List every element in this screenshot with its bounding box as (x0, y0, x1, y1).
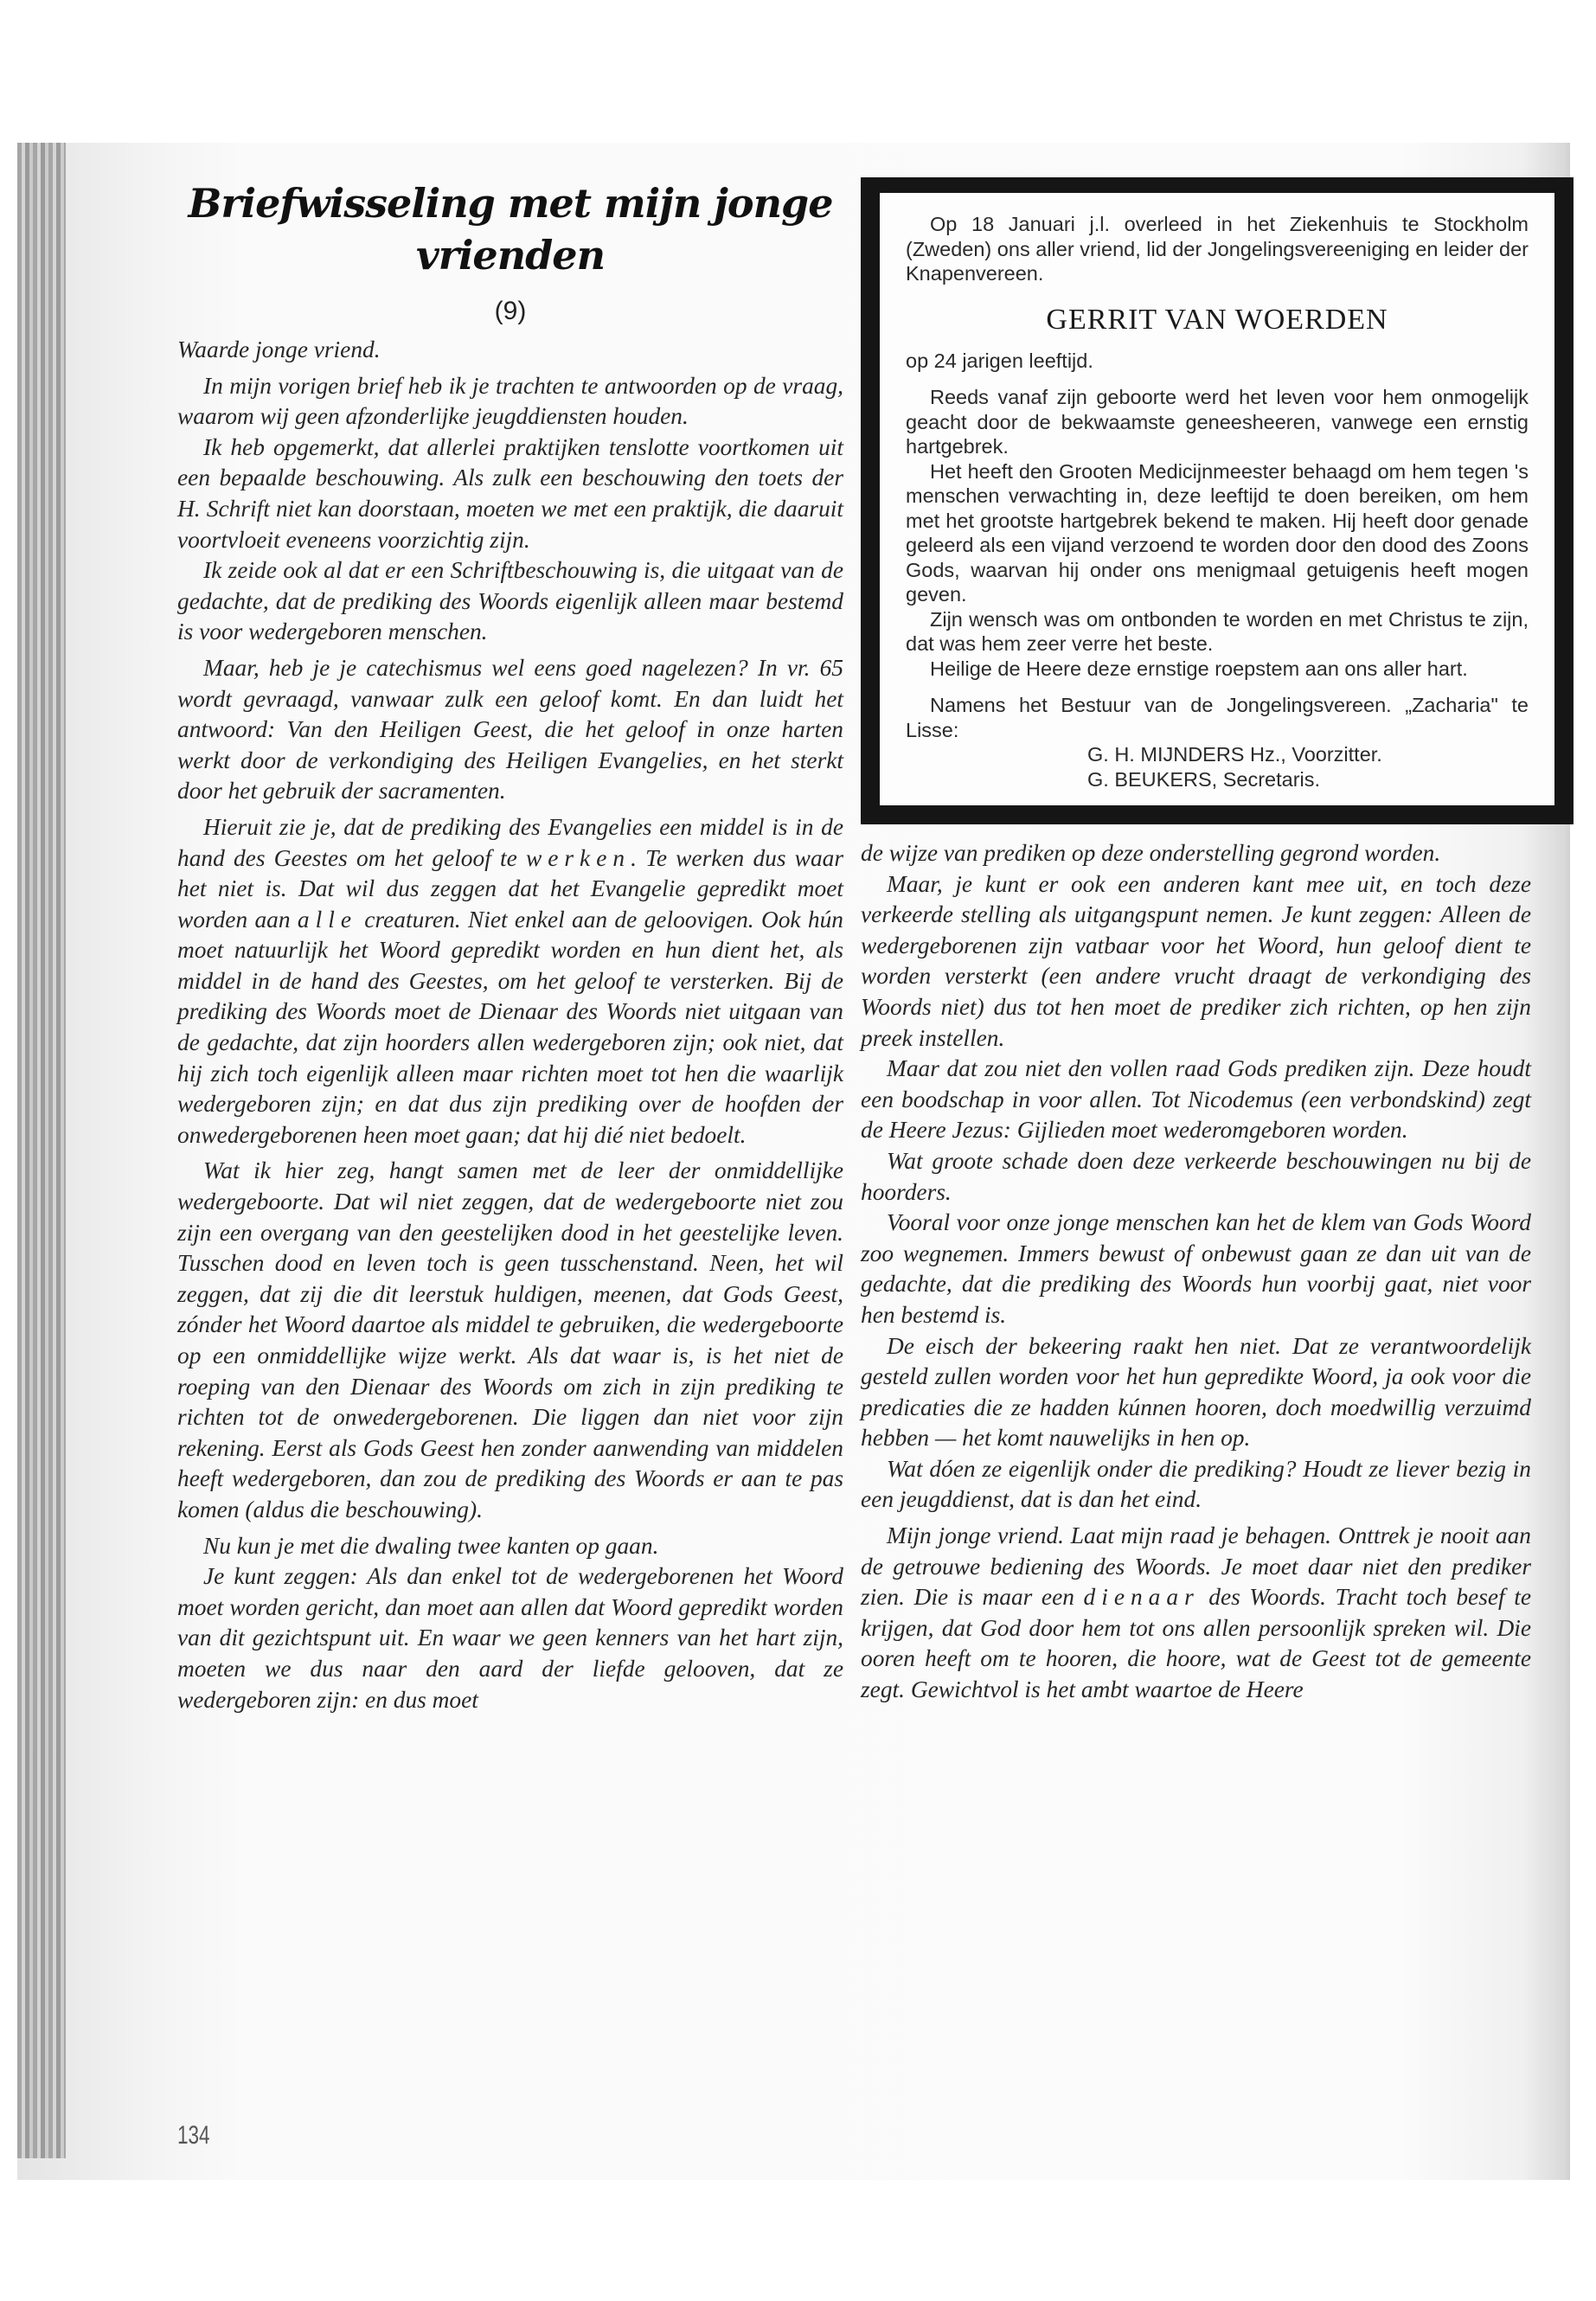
paragraph: De eisch der bekeering raakt hen niet. D… (861, 1331, 1531, 1454)
salutation: Waarde jonge vriend. (177, 335, 843, 366)
page-number: 134 (177, 2121, 210, 2150)
obituary-paragraph: Het heeft den Grooten Medicijnmeester be… (906, 459, 1529, 607)
paragraph: de wijze van prediken op deze onderstell… (861, 838, 1531, 869)
article-title: Briefwisseling met mijn jonge vrienden (177, 177, 843, 281)
paragraph: Ik zeide ook al dat er een Schriftbescho… (177, 555, 843, 648)
paragraph: Hieruit zie je, dat de prediking des Eva… (177, 812, 843, 1151)
article-continuation: de wijze van prediken op deze onderstell… (861, 838, 1531, 1706)
paragraph: Wat groote schade doen deze verkeerde be… (861, 1146, 1531, 1208)
paragraph: In mijn vorigen brief heb ik je trachten… (177, 371, 843, 433)
signatory: G. H. MIJNDERS Hz., Voorzitter. (906, 742, 1529, 767)
paragraph: Wat ik hier zeg, hangt samen met de leer… (177, 1156, 843, 1525)
signatory: G. BEUKERS, Secretaris. (906, 767, 1529, 792)
obituary-on-behalf: Namens het Bestuur van de Jongelingsvere… (906, 693, 1529, 742)
binding-edge (17, 143, 66, 2158)
paragraph: Maar, je kunt er ook een anderen kant me… (861, 869, 1531, 1054)
paragraph: Maar dat zou niet den vollen raad Gods p… (861, 1054, 1531, 1146)
obituary-age: op 24 jarigen leeftijd. (906, 349, 1529, 374)
emphasis-spaced: werken (526, 845, 631, 871)
obituary-notice: Op 18 Januari j.l. overleed in het Zieke… (861, 177, 1574, 824)
article-part-number: (9) (177, 297, 843, 326)
obituary-paragraph: Zijn wensch was om ontbonden te worden e… (906, 607, 1529, 657)
emphasis-spaced: dienaar (1084, 1584, 1200, 1610)
emphasis-spaced: alle (298, 907, 357, 933)
paragraph: Wat dóen ze eigenlijk onder die predikin… (861, 1454, 1531, 1516)
right-column: Op 18 Januari j.l. overleed in het Zieke… (861, 177, 1531, 1706)
paragraph: Nu kun je met die dwaling twee kanten op… (177, 1531, 843, 1562)
obituary-paragraph: Reeds vanaf zijn geboorte werd het leven… (906, 385, 1529, 459)
left-column: Briefwisseling met mijn jonge vrienden (… (177, 177, 843, 1715)
paragraph: Maar, heb je je catechismus wel eens goe… (177, 653, 843, 807)
deceased-name: GERRIT VAN WOERDEN (906, 304, 1529, 336)
obituary-paragraph: Heilige de Heere deze ernstige roepstem … (906, 657, 1529, 682)
paragraph: Je kunt zeggen: Als dan enkel tot de wed… (177, 1561, 843, 1715)
paragraph: Ik heb opgemerkt, dat allerlei praktijke… (177, 433, 843, 555)
paragraph: Mijn jonge vriend. Laat mijn raad je beh… (861, 1521, 1531, 1706)
paragraph: Vooral voor onze jonge menschen kan het … (861, 1208, 1531, 1330)
obituary-intro: Op 18 Januari j.l. overleed in het Zieke… (906, 212, 1529, 286)
paragraph-text: creaturen. Niet enkel aan de geloovigen.… (177, 907, 843, 1148)
